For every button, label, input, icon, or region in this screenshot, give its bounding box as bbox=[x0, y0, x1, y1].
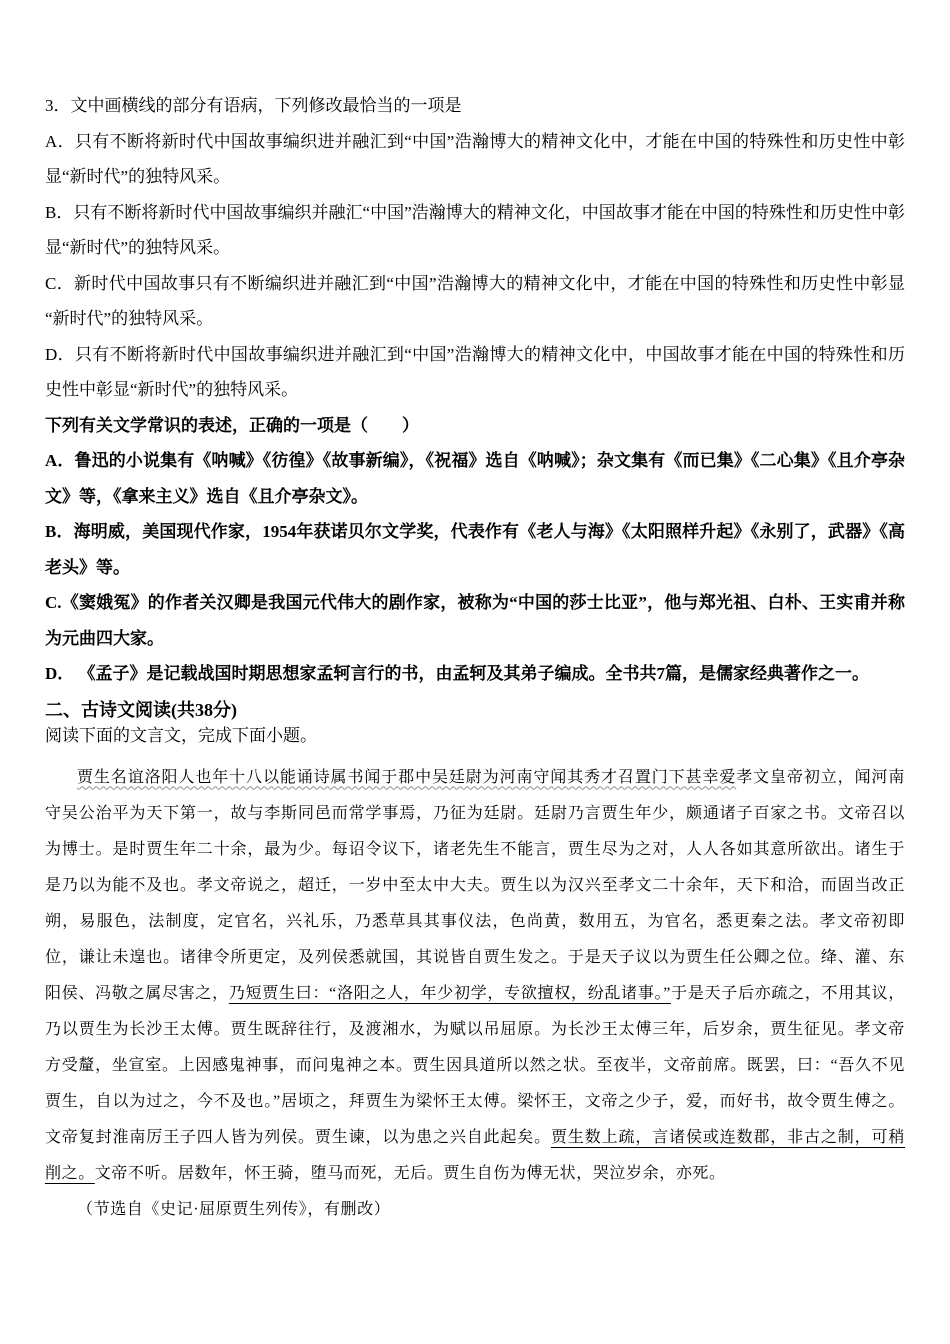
literature-question-stem: 下列有关文学常识的表述，正确的一项是（ ） bbox=[45, 408, 905, 444]
question-3-option-d: D．只有不断将新时代中国故事编织进并融汇到“中国”浩瀚博大的精神文化中，中国故事… bbox=[45, 337, 905, 408]
exam-page: 3．文中画横线的部分有语病，下列修改最恰当的一项是 A．只有不断将新时代中国故事… bbox=[0, 0, 950, 1344]
question-3-block: 3．文中画横线的部分有语病，下列修改最恰当的一项是 A．只有不断将新时代中国故事… bbox=[45, 88, 905, 408]
passage-source: （节选自《史记·屈原贾生列传》，有删改） bbox=[45, 1192, 905, 1228]
underlined-segment-1: 乃短贾生曰：“洛阳之人，年少初学，专欲擅权，纷乱诸事。” bbox=[229, 985, 671, 1002]
literature-question-block: 下列有关文学常识的表述，正确的一项是（ ） A．鲁迅的小说集有《呐喊》《彷徨》《… bbox=[45, 408, 905, 692]
passage-segment-4: 于是天子后亦疏之，不用其议，乃以贾生为长沙王太傅。贾生既辞往行，及渡湘水，为赋以… bbox=[45, 985, 905, 1146]
passage-segment-6: 文帝不听。居数年，怀王骑，堕马而死，无后。贾生自伤为傅无状，哭泣岁余，亦死。 bbox=[95, 1165, 726, 1182]
question-3-stem: 3．文中画横线的部分有语病，下列修改最恰当的一项是 bbox=[45, 88, 905, 124]
literature-option-b: B．海明威，美国现代作家，1954年获诺贝尔文学奖，代表作有《老人与海》《太阳照… bbox=[45, 514, 905, 585]
question-3-option-a: A．只有不断将新时代中国故事编织进并融汇到“中国”浩瀚博大的精神文化中，才能在中… bbox=[45, 124, 905, 195]
section-2-heading: 二、古诗文阅读(共38分) bbox=[45, 697, 905, 723]
wavy-underlined-segment: 贾生名谊洛阳人也年十八以能诵诗属书闻于郡中吴廷尉为河南守闻其秀才召置门下甚幸爱 bbox=[77, 769, 736, 786]
question-3-option-b: B．只有不断将新时代中国故事编织并融汇“中国”浩瀚博大的精神文化，中国故事才能在… bbox=[45, 195, 905, 266]
passage-segment-2: 孝文皇帝初立，闻河南守吴公治平为天下第一，故与李斯同邑而常学事焉，乃征为廷尉。廷… bbox=[45, 769, 905, 1002]
reading-instruction: 阅读下面的文言文，完成下面小题。 bbox=[45, 723, 905, 749]
literature-option-d: D． 《孟子》是记载战国时期思想家孟轲言行的书，由孟轲及其弟子编成。全书共7篇，… bbox=[45, 656, 905, 692]
question-3-option-c: C．新时代中国故事只有不断编织进并融汇到“中国”浩瀚博大的精神文化中，才能在中国… bbox=[45, 266, 905, 337]
literature-option-c: C.《窦娥冤》的作者关汉卿是我国元代伟大的剧作家，被称为“中国的莎士比亚”，他与… bbox=[45, 585, 905, 656]
literature-option-a: A．鲁迅的小说集有《呐喊》《彷徨》《故事新编》，《祝福》选自《呐喊》；杂文集有《… bbox=[45, 443, 905, 514]
classical-passage: 贾生名谊洛阳人也年十八以能诵诗属书闻于郡中吴廷尉为河南守闻其秀才召置门下甚幸爱孝… bbox=[45, 760, 905, 1192]
